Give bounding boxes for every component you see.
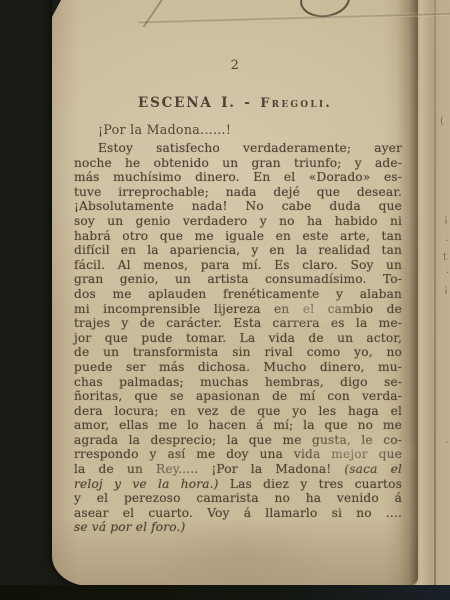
monologue-line: tuve irreprochable; nada dejé que desear… xyxy=(74,185,402,200)
monologue-line: difícil en la apariencia, y en la realid… xyxy=(74,243,402,258)
monologue-line: mi incomprensible lijereza en el cambio … xyxy=(74,302,402,317)
book-page: 2 ESCENA I. - Fregoli. ¡Por la Madona...… xyxy=(52,0,418,586)
dialogue-text: mi incomprensible lijereza en el cambio … xyxy=(74,302,402,316)
monologue-line: soy un genio verdadero y no ha habido ni xyxy=(74,214,402,229)
monologue-line: y el perezoso camarista no ha venido á xyxy=(74,491,402,506)
edge-text-fragment: ( xyxy=(440,116,444,127)
monologue-line: agrada la desprecio; la que me gusta, le… xyxy=(74,433,402,448)
monologue-line: habrá otro que me iguale en este arte, t… xyxy=(74,229,402,244)
monologue-line: gran genio, un artista consumadísimo. To… xyxy=(74,272,402,287)
dialogue-text: tuve irreprochable; nada dejé que desear… xyxy=(74,185,402,199)
stage-direction-text: reloj y ve la hora.) xyxy=(74,477,219,491)
dialogue-text: la de un Rey..... ¡Por la Madona! xyxy=(74,462,344,476)
monologue-line: jor que pude tomar. La vida de un actor, xyxy=(74,331,402,346)
dialogue-text: amor, ellas me lo hacen á mí; la que no … xyxy=(74,418,402,432)
dialogue-text: fácil. Al menos, para mí. Es claro. Soy … xyxy=(74,258,402,272)
monologue-line: noche he obtenido un gran triunfo; y ade… xyxy=(74,156,402,171)
dialogue-text: jor que pude tomar. La vida de un actor, xyxy=(74,331,402,345)
monologue-line: fácil. Al menos, para mí. Es claro. Soy … xyxy=(74,258,402,273)
dialogue-text: habrá otro que me iguale en este arte, t… xyxy=(74,229,402,243)
monologue-line: chas palmadas; muchas hembras, digo se- xyxy=(74,375,402,390)
scene-heading-character: Fregoli. xyxy=(260,96,332,111)
monologue-line: trajes y de carácter. Esta carrera es la… xyxy=(74,316,402,331)
dialogue-text: dos me aplauden frenéticamente y alaban xyxy=(74,287,402,301)
page-seam-line xyxy=(434,0,436,589)
stage-direction-text: se vá por el foro.) xyxy=(74,520,185,534)
scan-bottom-edge xyxy=(0,585,450,600)
printed-content: 2 ESCENA I. - Fregoli. ¡Por la Madona...… xyxy=(52,0,418,586)
page-number: 2 xyxy=(52,58,418,73)
dialogue-text: soy un genio verdadero y no ha habido ni xyxy=(74,214,402,228)
monologue-line: puede ser más dichosa. Mucho dinero, mu- xyxy=(74,360,402,375)
dialogue-text: ñoritas, que se apasionan de mí con verd… xyxy=(74,389,402,403)
dialogue-text: puede ser más dichosa. Mucho dinero, mu- xyxy=(74,360,402,374)
monologue-line: ¡Absolutamente nada! No cabe duda que xyxy=(74,199,402,214)
dialogue-text: y el perezoso camarista no ha venido á xyxy=(74,491,402,505)
edge-text-fragment: ¡ xyxy=(444,214,448,225)
monologue-line: rrespondo y así me doy una vida mejor qu… xyxy=(74,447,402,462)
monologue-line: de un transformista sin rival como yo, n… xyxy=(74,345,402,360)
edge-text-fragment: ¡ xyxy=(444,284,448,295)
monologue-line: asear el cuarto. Voy á llamarlo si no ..… xyxy=(74,506,402,521)
dialogue-text: ¡Absolutamente nada! No cabe duda que xyxy=(74,199,402,213)
opening-line: ¡Por la Madona......! xyxy=(98,122,231,137)
monologue-line: se vá por el foro.) xyxy=(74,520,402,535)
dialogue-text: agrada la desprecio; la que me gusta, le… xyxy=(74,433,402,447)
dialogue-text: difícil en la apariencia, y en la realid… xyxy=(74,243,402,257)
dialogue-text: chas palmadas; muchas hembras, digo se- xyxy=(74,375,402,389)
dialogue-text: Las diez y tres cuartos xyxy=(219,477,402,491)
dialogue-text: Estoy satisfecho verdaderamente; ayer xyxy=(98,141,402,155)
dialogue-text: rrespondo y así me doy una vida mejor qu… xyxy=(74,447,402,461)
edge-text-fragment: · xyxy=(446,268,449,279)
dialogue-text: más muchísimo dinero. En el «Dorado» es- xyxy=(74,170,402,184)
edge-text-fragment: t xyxy=(443,252,447,263)
scene-heading: ESCENA I. - Fregoli. xyxy=(52,95,418,111)
dialogue-text: dera locura; en vez de que yo les haga e… xyxy=(74,404,402,418)
monologue-line: dera locura; en vez de que yo les haga e… xyxy=(74,404,402,419)
dialogue-text: noche he obtenido un gran triunfo; y ade… xyxy=(74,156,402,170)
dialogue-text: asear el cuarto. Voy á llamarlo si no ..… xyxy=(74,506,402,520)
monologue-line: más muchísimo dinero. En el «Dorado» es- xyxy=(74,170,402,185)
monologue-line: reloj y ve la hora.) Las diez y tres cua… xyxy=(74,477,402,492)
monologue-line: ñoritas, que se apasionan de mí con verd… xyxy=(74,389,402,404)
dialogue-text: trajes y de carácter. Esta carrera es la… xyxy=(74,316,402,330)
dialogue-text: de un transformista sin rival como yo, n… xyxy=(74,345,402,359)
dialogue-text: gran genio, un artista consumadísimo. To… xyxy=(74,272,402,286)
scene-heading-scene: ESCENA I. - xyxy=(138,95,252,111)
edge-text-fragment: · xyxy=(445,236,448,247)
monologue-line: Estoy satisfecho verdaderamente; ayer xyxy=(74,141,402,156)
stage-direction-text: (saca el xyxy=(344,462,402,476)
monologue-line: la de un Rey..... ¡Por la Madona! (saca … xyxy=(74,462,402,477)
monologue-line: dos me aplauden frenéticamente y alaban xyxy=(74,287,402,302)
monologue: Estoy satisfecho verdaderamente; ayernoc… xyxy=(74,141,402,535)
edge-text-fragment: · xyxy=(445,438,448,449)
monologue-line: amor, ellas me lo hacen á mí; la que no … xyxy=(74,418,402,433)
